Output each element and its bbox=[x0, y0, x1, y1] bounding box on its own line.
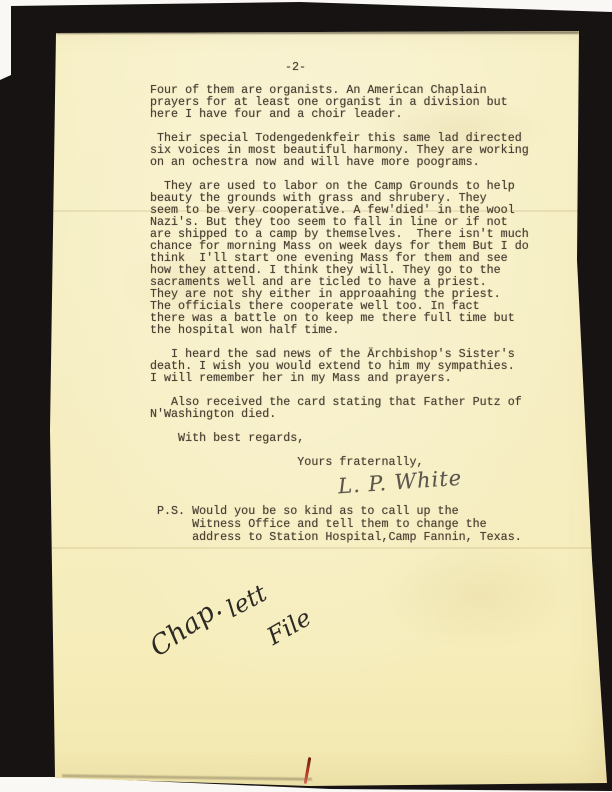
filing-note-word-chap: Chap. bbox=[144, 592, 227, 663]
postscript-text: P.S. Would you be so kind as to call up … bbox=[150, 505, 522, 544]
paper-crease bbox=[52, 547, 592, 549]
paper-stain bbox=[380, 540, 580, 650]
paper-bottom-edge-shadow bbox=[62, 774, 312, 780]
page-number: -2- bbox=[285, 61, 306, 73]
letter-body-text: Four of them are organists. An American … bbox=[150, 84, 529, 468]
filing-note-word-lett: lett bbox=[222, 579, 271, 623]
filing-note-word-file: File bbox=[262, 603, 316, 650]
signature-handwritten: L. P. White bbox=[337, 466, 463, 499]
letter-page: -2- Four of them are organists. An Ameri… bbox=[0, 0, 612, 792]
